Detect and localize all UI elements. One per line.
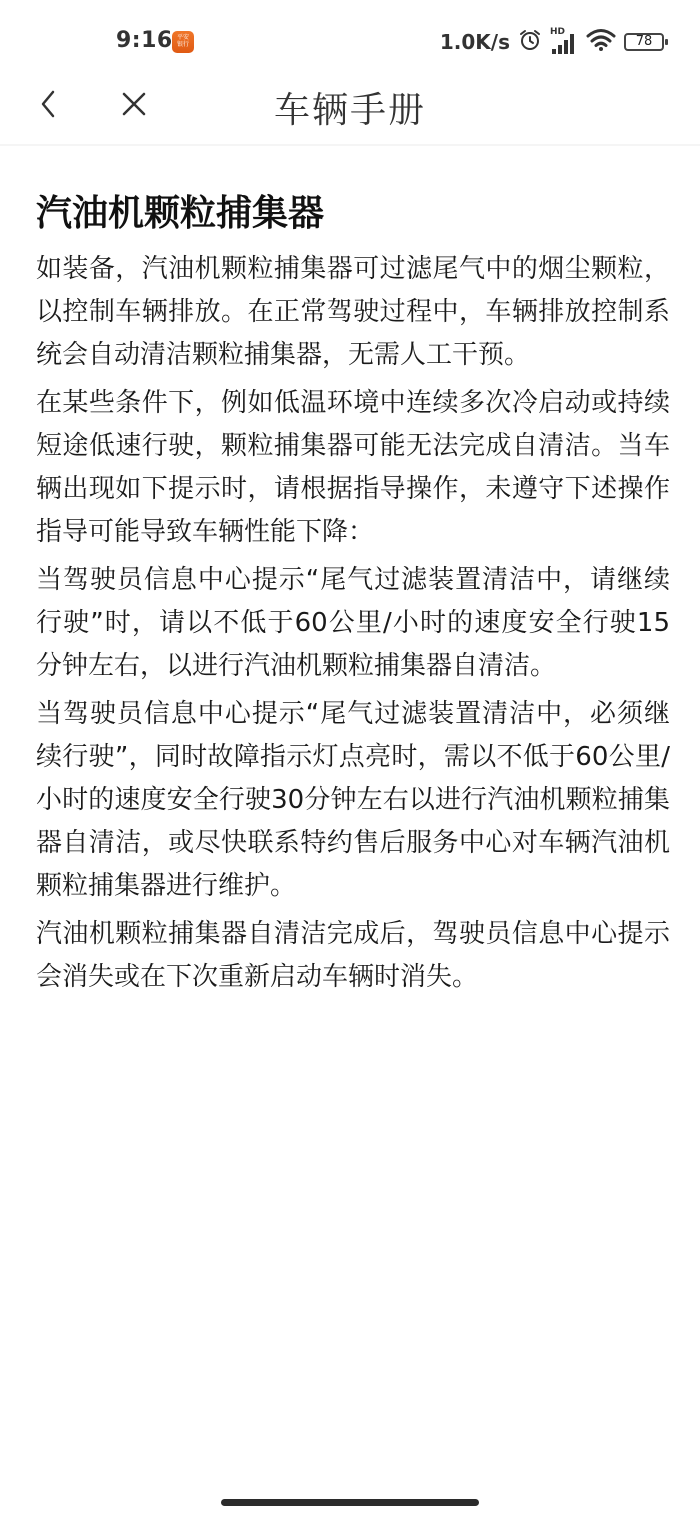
article-title: 汽油机颗粒捕集器 bbox=[36, 186, 670, 242]
app-badge-text: 平安银行 bbox=[176, 34, 190, 48]
status-icons: 1.0K/s HD 78 bbox=[440, 28, 664, 56]
app-notification-icon: 平安银行 bbox=[172, 31, 194, 53]
article-content: 汽油机颗粒捕集器 如装备，汽油机颗粒捕集器可过滤尾气中的烟尘颗粒，以控制车辆排放… bbox=[36, 186, 670, 1004]
article-paragraph: 当驾驶员信息中心提示“尾气过滤装置清洁中，请继续行驶”时，请以不低于60公里/小… bbox=[36, 559, 670, 688]
article-paragraph: 如装备，汽油机颗粒捕集器可过滤尾气中的烟尘颗粒，以控制车辆排放。在正常驾驶过程中… bbox=[36, 248, 670, 377]
navigation-bar: 车辆手册 bbox=[0, 70, 700, 146]
home-gesture-bar[interactable] bbox=[221, 1499, 479, 1506]
wifi-icon bbox=[586, 28, 616, 56]
article-paragraph: 汽油机颗粒捕集器自清洁完成后，驾驶员信息中心提示会消失或在下次重新启动车辆时消失… bbox=[36, 913, 670, 999]
article-paragraph: 当驾驶员信息中心提示“尾气过滤装置清洁中，必须继续行驶”，同时故障指示灯点亮时，… bbox=[36, 693, 670, 908]
battery-icon: 78 bbox=[624, 33, 664, 51]
status-bar: 9:16 平安银行 1.0K/s HD bbox=[0, 0, 700, 80]
status-time: 9:16 bbox=[116, 28, 173, 53]
hd-signal-icon: HD bbox=[550, 29, 578, 55]
alarm-icon bbox=[518, 28, 542, 56]
network-speed: 1.0K/s bbox=[440, 30, 510, 54]
page-title: 车辆手册 bbox=[0, 82, 700, 133]
article-paragraph: 在某些条件下，例如低温环境中连续多次冷启动或持续短途低速行驶，颗粒捕集器可能无法… bbox=[36, 382, 670, 554]
